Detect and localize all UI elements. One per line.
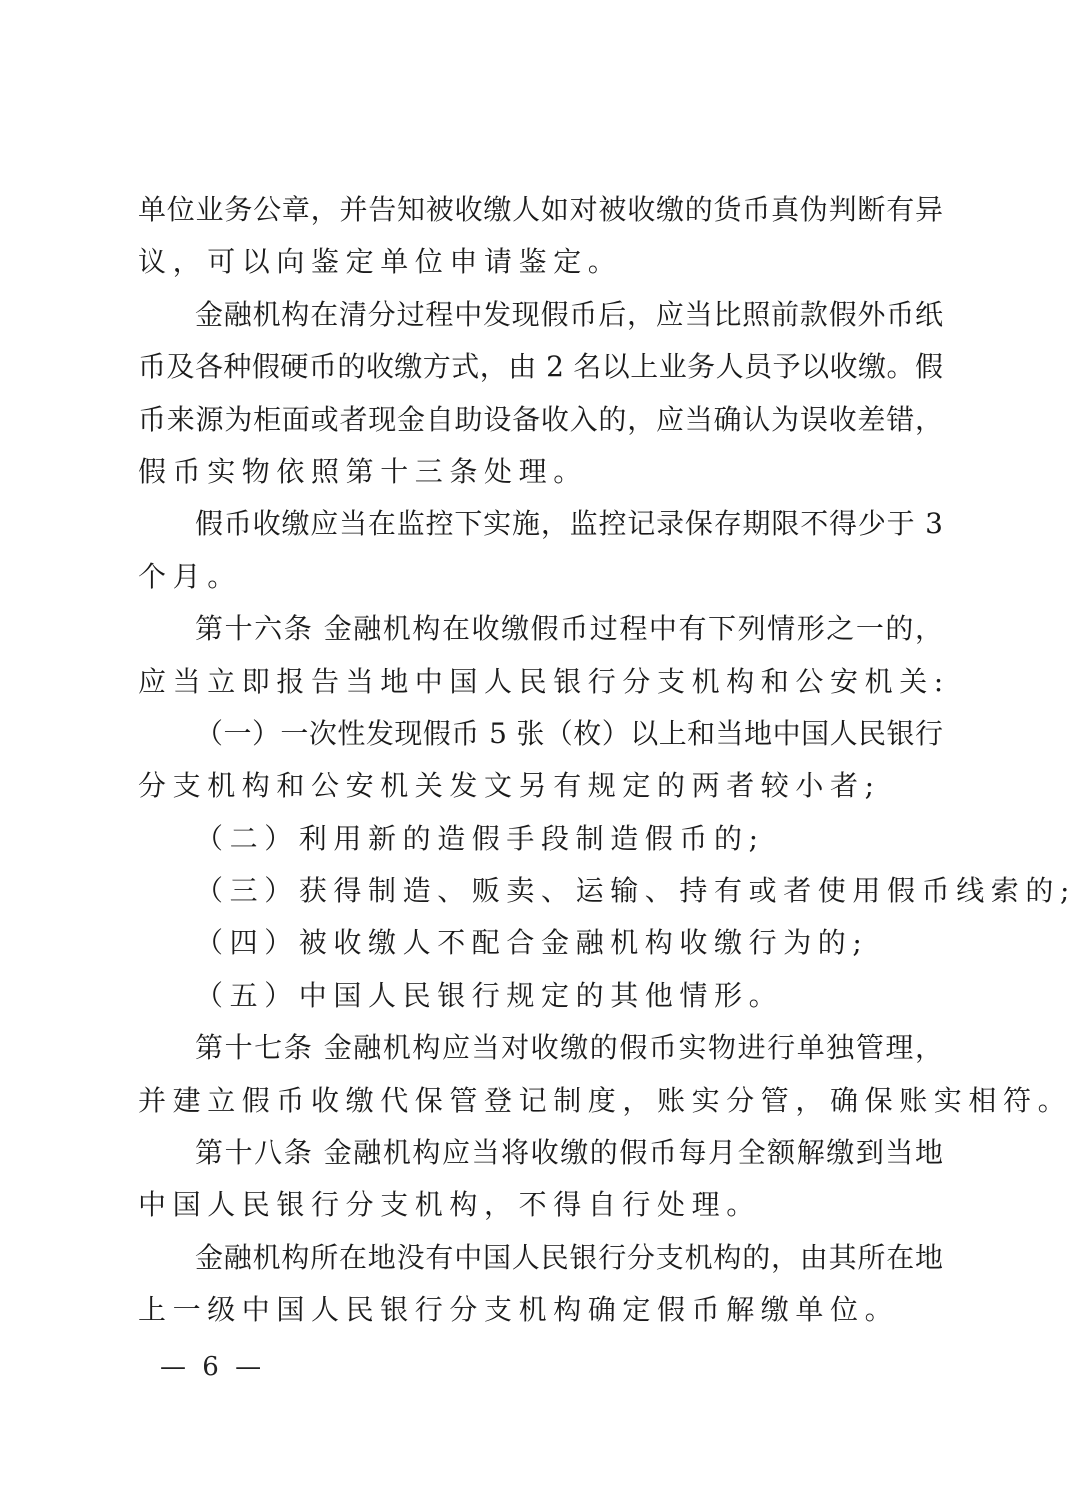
text-line-10: 应当立即报告当地中国人民银行分支机构和公安机关: — [138, 656, 943, 708]
list-item-2: （二）利用新的造假手段制造假币的; — [138, 813, 943, 865]
list-item-3: （三）获得制造、贩卖、运输、持有或者使用假币线索的; — [138, 865, 943, 917]
text-line-4: 币及各种假硬币的收缴方式，由 2 名以上业务人员予以收缴。假 — [138, 341, 943, 393]
page-number: — 6 — — [160, 1352, 265, 1382]
text-line-3: 金融机构在清分过程中发现假币后，应当比照前款假外币纸 — [138, 289, 943, 341]
list-item-4: （四）被收缴人不配合金融机构收缴行为的; — [138, 917, 943, 969]
article-18-heading-line: 第十八条 金融机构应当将收缴的假币每月全额解缴到当地 — [138, 1127, 943, 1179]
text-line-2: 议，可以向鉴定单位申请鉴定。 — [138, 236, 943, 288]
document-body: 单位业务公章，并告知被收缴人如对被收缴的货币真伪判断有异 议，可以向鉴定单位申请… — [138, 184, 943, 1337]
text-line-7: 假币收缴应当在监控下实施，监控记录保存期限不得少于 3 — [138, 498, 943, 550]
text-line-6: 假币实物依照第十三条处理。 — [138, 446, 943, 498]
list-item-5: （五）中国人民银行规定的其他情形。 — [138, 970, 943, 1022]
list-item-1-cont: 分支机构和公安机关发文另有规定的两者较小者; — [138, 760, 943, 812]
text-line-20: 中国人民银行分支机构，不得自行处理。 — [138, 1179, 943, 1231]
text-line-18: 并建立假币收缴代保管登记制度，账实分管，确保账实相符。 — [138, 1075, 943, 1127]
list-item-1: （一）一次性发现假币 5 张（枚）以上和当地中国人民银行 — [138, 708, 943, 760]
text-line-21: 金融机构所在地没有中国人民银行分支机构的，由其所在地 — [138, 1232, 943, 1284]
article-17-heading-line: 第十七条 金融机构应当对收缴的假币实物进行单独管理， — [138, 1022, 943, 1074]
text-line-8: 个月。 — [138, 551, 943, 603]
article-16-heading-line: 第十六条 金融机构在收缴假币过程中有下列情形之一的， — [138, 603, 943, 655]
text-line-22: 上一级中国人民银行分支机构确定假币解缴单位。 — [138, 1284, 943, 1336]
text-line-5: 币来源为柜面或者现金自助设备收入的，应当确认为误收差错， — [138, 394, 943, 446]
text-line-1: 单位业务公章，并告知被收缴人如对被收缴的货币真伪判断有异 — [138, 184, 943, 236]
